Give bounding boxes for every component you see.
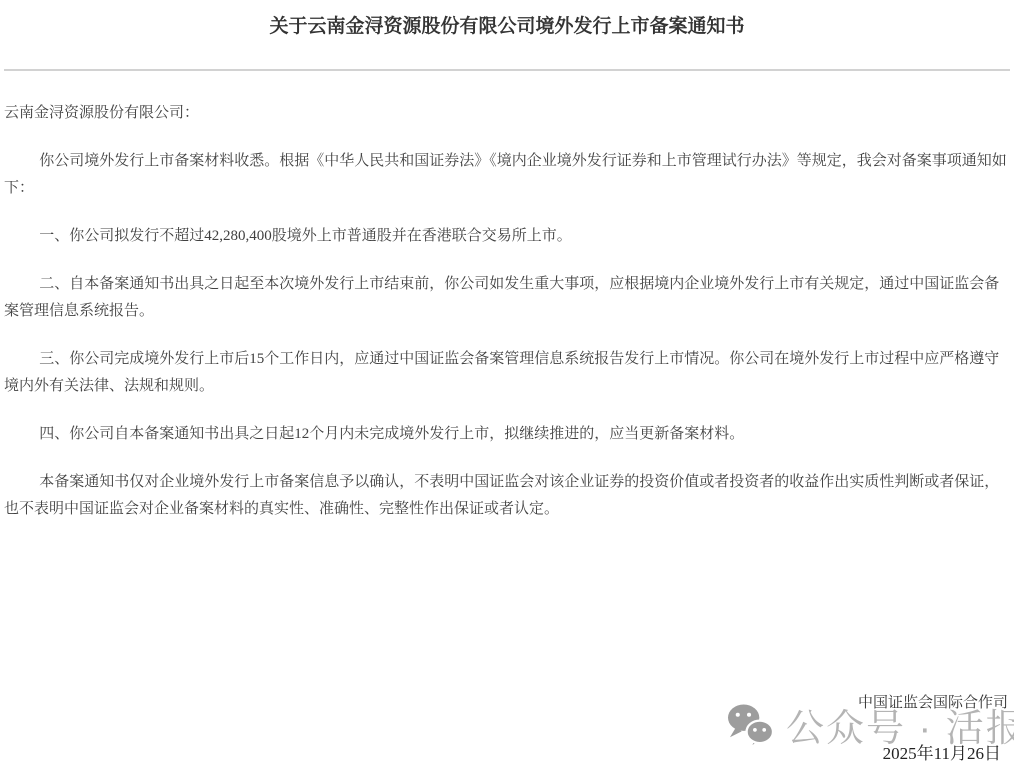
issuer-signature: 中国证监会国际合作司 bbox=[858, 694, 1008, 712]
salutation-line: 云南金浔资源股份有限公司： bbox=[4, 100, 1008, 127]
wechat-icon bbox=[727, 703, 774, 754]
notice-paragraph-disclaimer: 本备案通知书仅对企业境外发行上市备案信息予以确认，不表明中国证监会对该企业证券的… bbox=[4, 469, 1008, 523]
notice-document-page: 关于云南金浔资源股份有限公司境外发行上市备案通知书 云南金浔资源股份有限公司： … bbox=[0, 0, 1014, 770]
document-header: 关于云南金浔资源股份有限公司境外发行上市备案通知书 bbox=[0, 0, 1014, 40]
notice-paragraph-intro: 你公司境外发行上市备案材料收悉。根据《中华人民共和国证券法》《境内企业境外发行证… bbox=[4, 148, 1008, 202]
document-body: 云南金浔资源股份有限公司： 你公司境外发行上市备案材料收悉。根据《中华人民共和国… bbox=[0, 71, 1014, 523]
notice-item-3: 三、你公司完成境外发行上市后15个工作日内，应通过中国证监会备案管理信息系统报告… bbox=[4, 346, 1008, 400]
issue-date: 2025年11月26日 bbox=[883, 743, 1001, 764]
document-title: 关于云南金浔资源股份有限公司境外发行上市备案通知书 bbox=[4, 14, 1010, 40]
notice-item-2: 二、自本备案通知书出具之日起至本次境外发行上市结束前，你公司如发生重大事项，应根… bbox=[4, 271, 1008, 325]
notice-item-1: 一、你公司拟发行不超过42,280,400股境外上市普通股并在香港联合交易所上市… bbox=[4, 223, 1008, 250]
notice-item-4: 四、你公司自本备案通知书出具之日起12个月内未完成境外发行上市，拟继续推进的，应… bbox=[4, 421, 1008, 448]
